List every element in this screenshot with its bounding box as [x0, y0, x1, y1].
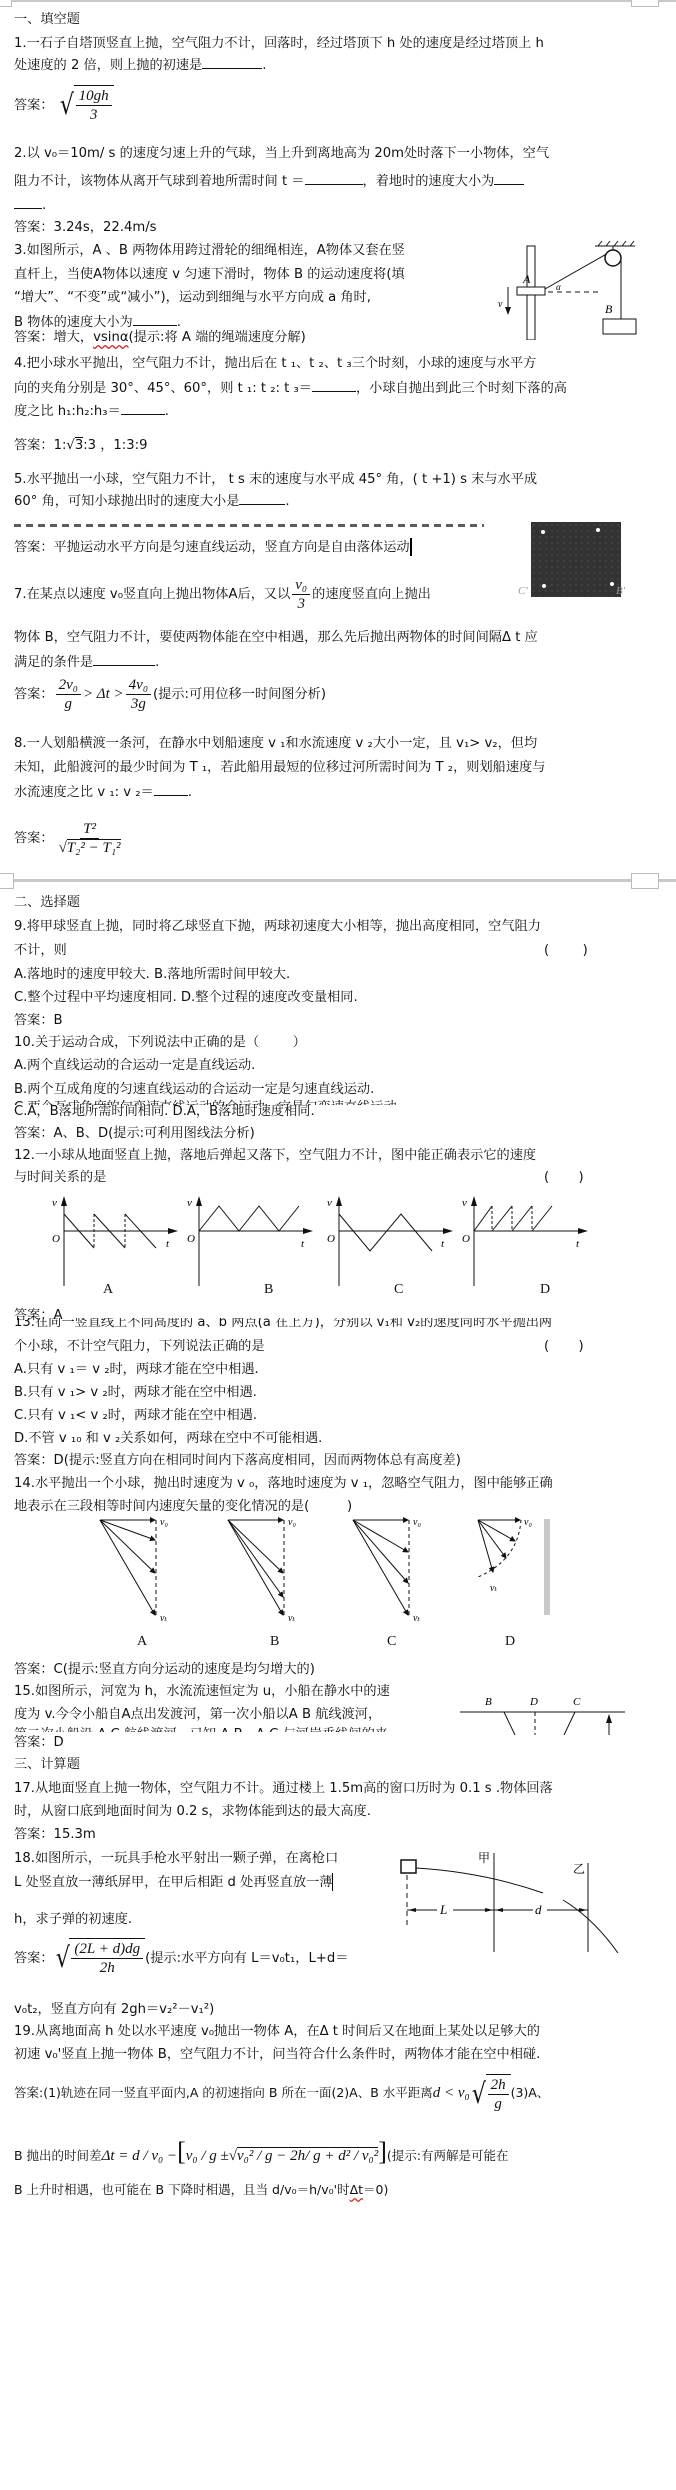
question-text: 10.关于运动合成，下列说法中正确的是: [14, 1035, 246, 1050]
question-19-line-2: 初速 v₀'竖直上抛一物体 B，空气阻力不计，问当符合什么条件时，两物体才能在空…: [14, 2045, 540, 2065]
vertical-scrollbar-artifact: [544, 1519, 550, 1615]
inequality: d < v₀: [433, 2085, 470, 2101]
page-corner-marker-right: [631, 0, 659, 7]
page-corner-marker-right: [631, 873, 659, 889]
question-text: 不计，则: [14, 943, 67, 958]
question-1-line-1: 1.一石子自塔顶竖直上抛，空气阻力不计，回落时，经过塔顶下 h 处的速度是经过塔…: [14, 34, 544, 54]
photo-dot: [610, 582, 614, 586]
sqrt-expression: √3: [66, 437, 83, 453]
question-18-line-1: 18.如图所示，一玩具手枪水平射出一颗子弹，在离枪口: [14, 1849, 338, 1869]
question-4-answer: 答案：1:√3:3 ，1:3:9: [14, 436, 147, 456]
velocity-vector-figure-b: v₀vₜ: [218, 1515, 308, 1625]
svg-text:L: L: [439, 1902, 447, 1917]
question-text: 阻力不计，该物体从离开气球到着地所需时间 t ＝: [14, 174, 305, 189]
formula: v₀ / g ±: [186, 2148, 229, 2164]
sqrt-expression: √v₀² / g − 2h/ g + d² / v₀²: [229, 2147, 378, 2164]
question-13-option: B.只有 v ₁> v ₂时，两球才能在空中相遇.: [14, 1383, 257, 1403]
velocity-time-graph-c: vOt: [323, 1196, 453, 1296]
svg-text:B: B: [485, 1696, 492, 1708]
photo-label-b: B': [616, 585, 625, 597]
question-19-answer-line-1: 答案:(1)轨迹在同一竖直平面内,A 的初速指向 B 所在一面(2)A、B 水平…: [14, 2068, 549, 2118]
svg-text:v: v: [462, 1197, 467, 1209]
page-corner-marker-left: [0, 873, 14, 889]
answer-text: 答案：平抛运动水平方向是匀速直线运动，竖直方向是自由落体运动: [14, 540, 410, 555]
answer-blank[interactable]: [494, 171, 524, 185]
question-13-option: C.只有 v ₁< v ₂时，两球才能在空中相遇.: [14, 1406, 257, 1426]
question-14-line-2: 地表示在三段相等时间内速度矢量的变化情况的是( ): [14, 1497, 352, 1517]
answer-blank[interactable]: [133, 312, 177, 326]
answer-text: 1:: [54, 438, 67, 453]
radicand: v₀² / g − 2h/ g + d² / v₀²: [237, 2147, 378, 2164]
text-cursor: [410, 538, 412, 556]
fraction-numerator: T²: [80, 820, 99, 839]
figure-caption-c: C: [387, 1634, 396, 1650]
question-8-answer: 答案：T²√T₂² − T₁²: [14, 815, 126, 863]
question-17-answer: 答案：15.3m: [14, 1825, 96, 1845]
svg-text:乙: 乙: [573, 1862, 585, 1876]
question-15-line-1: 15.如图所示，河宽为 h，水流流速恒定为 u，小船在静水中的速: [14, 1682, 390, 1702]
question-11-option: C.A，B落地所需时间相同. D.A，B落地时速度相同.: [14, 1102, 315, 1122]
question-2-line-3: .: [14, 195, 46, 216]
question-17-line-1: 17.从地面竖直上抛一物体，空气阻力不计。通过楼上 1.5m高的窗口历时为 0.…: [14, 1779, 553, 1799]
answer-blank[interactable]: [14, 195, 42, 209]
fraction-denominator: g: [491, 2095, 505, 2113]
figure-caption-a: A: [137, 1634, 147, 1650]
sqrt-expression: √2hg: [470, 2074, 511, 2114]
fraction: T²√T₂² − T₁²: [56, 820, 124, 857]
velocity-vector-figure-c: v₀vₜ: [343, 1515, 433, 1625]
question-4-line-2: 向的夹角分别是 30°、45°、60°，则 t ₁: t ₂: t ₃＝，小球自…: [14, 378, 567, 399]
bullet-trajectory-figure: L d 甲 乙: [393, 1848, 633, 1953]
svg-text:t: t: [441, 1238, 445, 1250]
sqrt-expression: √10gh3: [58, 85, 114, 125]
section-heading: 一、填空题: [14, 10, 80, 30]
question-4-line-1: 4.把小球水平抛出，空气阻力不计，抛出后在 t ₁、t ₂、t ₃三个时刻，小球…: [14, 354, 536, 374]
svg-text:d: d: [535, 1902, 542, 1917]
pulley-rod-figure: A B v α: [490, 235, 660, 340]
answer-text: B 抛出的时间差: [14, 2148, 102, 2163]
question-9-line-1: 9.将甲球竖直上抛，同时将乙球竖直下抛，两球初速度大小相等，抛出高度相同，空气阻…: [14, 917, 541, 937]
fraction-denominator: 3: [294, 595, 308, 613]
question-1-answer: 答案： √10gh3: [14, 84, 114, 128]
stroboscope-photo: [531, 522, 621, 597]
question-text: ，着地时的速度大小为: [363, 174, 495, 189]
svg-text:t: t: [576, 1238, 580, 1250]
clipped-text-fragment: [14, 524, 484, 527]
question-18-answer: 答案：√(2L + d)dg2h(提示:水平方向有 L＝v₀t₁，L+d＝: [14, 1935, 348, 1983]
figure-caption-b: B: [270, 1634, 279, 1650]
answer-blank[interactable]: [202, 55, 262, 69]
question-7-line-3: 满足的条件是.: [14, 652, 159, 673]
question-text: 7.在某点以速度 v₀竖直向上抛出物体A后，又以: [14, 587, 290, 602]
question-10-answer: 答案：A、B、D(提示:可利用图线法分析): [14, 1124, 255, 1144]
fraction-denominator: 3g: [128, 695, 149, 713]
fraction-denominator: 3: [87, 106, 101, 124]
radicand: 3: [75, 437, 83, 453]
answer-blank[interactable]: [239, 491, 285, 505]
question-text: 地表示在三段相等时间内速度矢量的变化情况的是(: [14, 1499, 309, 1514]
answer-blank[interactable]: [93, 652, 155, 666]
svg-text:O: O: [52, 1233, 60, 1245]
svg-text:v: v: [498, 299, 503, 310]
question-8-line-2: 未知，此船渡河的最少时间为 T ₁，若此船用最短的位移过河所需时间为 T ₂，则…: [14, 758, 545, 778]
question-3-answer: 答案：增大，vsinα(提示:将 A 端的绳端速度分解): [14, 328, 306, 348]
question-text: 第二次小船沿 A C 航线渡河，已知 A B、A C 与河岸垂线间的夹: [14, 1727, 388, 1732]
inequality: > Δt >: [83, 686, 124, 702]
bracket-right: ]: [378, 2137, 387, 2166]
question-9-line-2: 不计，则( ): [14, 941, 614, 961]
answer-label: 答案：: [14, 1951, 54, 1966]
fraction: 2v₀g: [56, 676, 81, 713]
fraction-numerator: v₀: [292, 576, 310, 595]
question-13-option: A.只有 v ₁＝ v ₂时，两球才能在空中相遇.: [14, 1360, 259, 1380]
answer-hint: (提示:有两解是可能在: [387, 2148, 509, 2163]
answer-text: ＝0): [363, 2182, 388, 2197]
svg-text:v₀: v₀: [160, 1517, 168, 1528]
question-text: 度之比 h₁:h₂:h₃＝: [14, 404, 121, 419]
svg-text:v: v: [187, 1197, 192, 1209]
graph-caption-c: C: [394, 1282, 403, 1298]
spellcheck-flagged-text: Δt: [350, 2182, 363, 2197]
answer-hint: (提示:可用位移一时间图分析): [153, 687, 326, 702]
radicand: T₂² − T₁²: [67, 839, 121, 856]
answer-blank[interactable]: [312, 378, 356, 392]
question-2-line-2: 阻力不计，该物体从离开气球到着地所需时间 t ＝，着地时的速度大小为: [14, 171, 524, 192]
question-12-line-2: 与时间关系的是( ): [14, 1168, 614, 1188]
svg-text:C: C: [573, 1696, 581, 1708]
question-5-line-1: 5.水平抛出一小球，空气阻力不计， t s 末的速度与水平成 45° 角，( t…: [14, 470, 537, 490]
svg-text:v: v: [52, 1197, 57, 1209]
svg-text:v₀: v₀: [524, 1517, 532, 1528]
page-break: [0, 879, 676, 882]
photo-dot: [541, 530, 545, 534]
question-7-line-2: 物体 B，空气阻力不计，要使两物体能在空中相遇，那么先后抛出两物体的时间间隔Δ …: [14, 628, 538, 648]
svg-text:vₜ: vₜ: [160, 1613, 167, 1624]
answer-label: 答案：: [14, 98, 54, 113]
answer-bracket[interactable]: ( ): [544, 1337, 584, 1357]
answer-label: 答案：: [14, 438, 54, 453]
question-3-line-3: “增大”、“不变”或“减小”)，运动到细绳与水平方向成 a 角时,: [14, 288, 371, 308]
question-15-line-2: 度为 v.今令小船自A点出发渡河，第一次小船以A B 航线渡河，: [14, 1705, 381, 1725]
fraction-numerator: 2v₀: [56, 676, 81, 695]
question-10-stem: 10.关于运动合成，下列说法中正确的是（ ）: [14, 1033, 306, 1053]
velocity-vector-figure-a: v₀vₜ: [90, 1515, 180, 1625]
question-18-line-2: L 处竖直放一薄纸屏甲，在甲后相距 d 处再竖直放一薄: [14, 1873, 333, 1893]
svg-text:α: α: [556, 282, 561, 292]
velocity-time-graph-b: vOt: [183, 1196, 313, 1296]
question-13-line-1: 13.在同一竖直线上不同高度的 a、b 两点(a 在上方)，分别以 v₁和 v₂…: [14, 1318, 552, 1334]
answer-hint: (提示:水平方向有 L＝v₀t₁，L+d＝: [145, 1951, 348, 1966]
page-corner-marker-left: [0, 0, 12, 7]
question-12-line-1: 12.一小球从地面竖直上抛，落地后弹起又落下，空气阻力不计，图中能正确表示它的速…: [14, 1146, 536, 1166]
question-8-line-3: 水流速度之比 v ₁: v ₂＝.: [14, 782, 192, 803]
fraction-denominator: 2h: [97, 1959, 118, 1977]
fraction-numerator: (2L + d)dg: [71, 1940, 143, 1959]
answer-text: 答案：增大，: [14, 330, 93, 345]
fraction-numerator: 10gh: [76, 87, 112, 106]
formula: Δt = d / v₀ −: [102, 2148, 178, 2164]
graph-caption-d: D: [540, 1282, 550, 1298]
question-14-answer: 答案：C(提示:竖直方向分运动的速度是均匀增大的): [14, 1660, 315, 1680]
answer-bracket[interactable]: ( ): [544, 1168, 584, 1188]
question-19-answer-line-3: B 上升时相遇，也可能在 B 下降时相遇，且当 d/v₀＝h/v₀'时Δt＝0): [14, 2180, 388, 2200]
question-6-answer: 答案：平抛运动水平方向是匀速直线运动，竖直方向是自由落体运动: [14, 538, 412, 558]
answer-text: B 上升时相遇，也可能在 B 下降时相遇，且当 d/v₀＝h/v₀'时: [14, 2182, 350, 2197]
answer-label: 答案：: [14, 831, 54, 846]
photo-dot: [596, 528, 600, 532]
bracket-left: [: [177, 2137, 186, 2166]
question-10-option: B.两个互成角度的匀速直线运动的合运动一定是匀速直线运动.: [14, 1080, 374, 1100]
velocity-time-graph-d: vOt: [458, 1196, 588, 1296]
question-text: 与时间关系的是: [14, 1170, 106, 1185]
svg-text:B: B: [605, 302, 613, 316]
text-cursor: [332, 1873, 333, 1891]
answer-blank[interactable]: [121, 401, 165, 415]
question-text: 向的夹角分别是 30°、45°、60°，则 t ₁: t ₂: t ₃＝: [14, 381, 312, 396]
svg-text:甲: 甲: [478, 1851, 490, 1865]
answer-blank[interactable]: [154, 782, 188, 796]
question-13-option: D.不管 v ₁₀ 和 v ₂关系如何，两球在空中不可能相遇.: [14, 1429, 322, 1449]
question-text: 水流速度之比 v ₁: v ₂＝: [14, 785, 154, 800]
answer-hint: (提示:将 A 端的绳端速度分解): [129, 330, 306, 345]
photo-label-c: C': [518, 585, 528, 597]
graph-caption-a: A: [103, 1282, 113, 1298]
fraction-denominator: g: [62, 695, 76, 713]
svg-text:D: D: [529, 1696, 538, 1708]
svg-text:t: t: [166, 1238, 170, 1250]
fraction: v₀3: [292, 576, 310, 613]
fraction-numerator: 4v₀: [126, 676, 151, 695]
section-heading: 三、计算题: [14, 1755, 80, 1775]
question-text: 13.在同一竖直线上不同高度的 a、b 两点(a 在上方)，分别以 v₁和 v₂…: [14, 1318, 552, 1330]
question-1-line-2: 处速度的 2 倍，则上抛的初速是.: [14, 55, 266, 76]
question-18-answer-line-2: v₀t₂，竖直方向有 2gh＝v₂²－v₁²): [14, 2000, 214, 2020]
sqrt-expression: √(2L + d)dg2h: [54, 1938, 146, 1978]
svg-text:O: O: [187, 1233, 195, 1245]
svg-text:O: O: [462, 1233, 470, 1245]
question-text: 处速度的 2 倍，则上抛的初速是: [14, 58, 202, 73]
answer-text: :3 ，1:3:9: [83, 438, 147, 453]
question-9-option: C.整个过程中平均速度相同. D.整个过程的速度改变量相同.: [14, 988, 358, 1008]
svg-text:vₜ: vₜ: [490, 1583, 497, 1594]
question-19-answer-line-2: B 抛出的时间差Δt = d / v₀ −[v₀ / g ±√v₀² / g −…: [14, 2135, 509, 2173]
question-7-line-1: 7.在某点以速度 v₀竖直向上抛出物体A后，又以v₀3的速度竖直向上抛出: [14, 575, 431, 615]
question-9-option: A.落地时的速度甲较大. B.落地所需时间甲较大.: [14, 965, 290, 985]
question-text: 满足的条件是: [14, 655, 93, 670]
graph-caption-b: B: [264, 1282, 273, 1298]
answer-bracket[interactable]: （ ）: [246, 1035, 306, 1050]
answer-bracket[interactable]: ( ): [544, 941, 588, 961]
question-10-option: A.两个直线运动的合运动一定是直线运动.: [14, 1056, 255, 1076]
svg-text:A: A: [522, 272, 531, 286]
question-15-answer: 答案：D: [14, 1733, 64, 1753]
answer-label: 答案：: [14, 687, 54, 702]
question-text: 60° 角，可知小球抛出时的速度大小是: [14, 494, 239, 509]
answer-text: (3)A、: [511, 2085, 550, 2100]
question-text: 的速度竖直向上抛出: [312, 587, 431, 602]
question-4-line-3: 度之比 h₁:h₂:h₃＝.: [14, 401, 169, 422]
fraction: 4v₀3g: [126, 676, 151, 713]
question-text: 个小球，不计空气阻力，下列说法正确的是: [14, 1339, 265, 1354]
question-text: ，小球自抛出到此三个时刻下落的高: [356, 381, 567, 396]
velocity-time-graph-a: vOt: [48, 1196, 178, 1296]
fraction-numerator: 2h: [488, 2076, 509, 2095]
page-top-edge: [0, 0, 676, 2]
question-13-line-2: 个小球，不计空气阻力，下列说法正确的是( ): [14, 1337, 614, 1357]
question-19-line-1: 19.从离地面高 h 处以水平速度 v₀抛出一物体 A，在Δ t 时间后又在地面…: [14, 2022, 540, 2042]
question-9-answer: 答案：B: [14, 1011, 63, 1031]
question-8-line-1: 8.一人划船横渡一条河，在静水中划船速度 v ₁和水流速度 v ₂大小一定，且 …: [14, 734, 537, 754]
river-crossing-figure: B D C: [455, 1690, 665, 1735]
answer-text: 答案:(1)轨迹在同一竖直平面内,A 的初速指向 B 所在一面(2)A、B 水平…: [14, 2085, 433, 2100]
question-18-line-3: h，求子弹的初速度.: [14, 1910, 132, 1930]
question-13-answer: 答案：D(提示:竖直方向在相同时间内下落高度相同，因而两物体总有高度差): [14, 1451, 461, 1471]
question-14-line-1: 14.水平抛出一个小球，抛出时速度为 v ₀，落地时速度为 v ₁，忽略空气阻力…: [14, 1474, 553, 1494]
figure-caption-d: D: [505, 1634, 515, 1650]
svg-text:v: v: [327, 1197, 332, 1209]
question-2-line-1: 2.以 v₀＝10m/ s 的速度匀速上升的气球，当上升到离地高为 20m处时落…: [14, 144, 549, 164]
answer-blank[interactable]: [305, 171, 363, 185]
fraction-denominator: √T₂² − T₁²: [56, 839, 124, 857]
question-17-line-2: 时，从窗口底到地面时间为 0.2 s，求物体能到达的最大高度.: [14, 1802, 371, 1822]
svg-text:t: t: [301, 1238, 305, 1250]
question-3-line-2: 直杆上，当使A物体以速度 v 匀速下滑时，物体 B 的运动速度将(填: [14, 265, 405, 285]
question-7-answer: 答案：2v₀g> Δt >4v₀3g(提示:可用位移一时间图分析): [14, 672, 326, 717]
svg-text:v₀: v₀: [288, 1517, 296, 1528]
question-3-line-1: 3.如图所示，A 、B 两物体用跨过滑轮的细绳相连，A物体又套在竖: [14, 241, 405, 261]
spellcheck-flagged-text: vsinα: [93, 330, 128, 345]
svg-text:vₜ: vₜ: [413, 1613, 420, 1624]
question-2-answer: 答案：3.24s，22.4m/s: [14, 218, 157, 238]
svg-text:v₀: v₀: [413, 1517, 421, 1528]
question-5-line-2: 60° 角，可知小球抛出时的速度大小是.: [14, 491, 290, 512]
svg-text:O: O: [327, 1233, 335, 1245]
photo-dot: [542, 584, 546, 588]
section-heading: 二、选择题: [14, 893, 80, 913]
svg-text:vₜ: vₜ: [288, 1613, 295, 1624]
question-text: L 处竖直放一薄纸屏甲，在甲后相距 d 处再竖直放一薄: [14, 1875, 332, 1890]
question-15-line-3-clipped: 第二次小船沿 A C 航线渡河，已知 A B、A C 与河岸垂线间的夹: [14, 1725, 388, 1732]
